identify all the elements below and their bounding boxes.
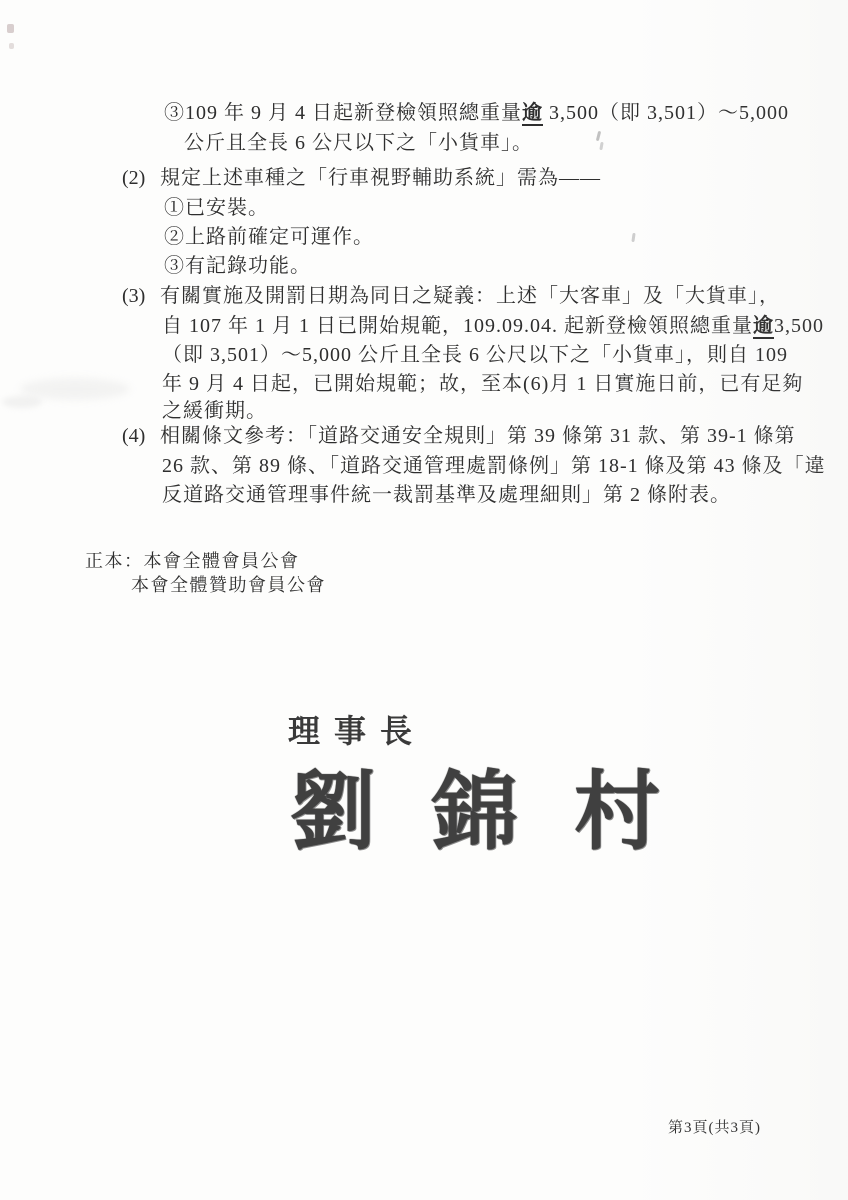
distribution-label: 正本： [85, 551, 144, 571]
distribution-recipient-1: 本會全體會員公會 [144, 551, 300, 571]
scan-speck [596, 131, 601, 141]
clause-2-subitem-3: ③有記錄功能。 [164, 254, 311, 278]
scan-speck [9, 43, 14, 49]
clause-4-line2: 26 款、第 89 條、「道路交通管理處罰條例」第 18-1 條及第 43 條及… [162, 454, 826, 478]
scan-speck [599, 142, 603, 150]
clause-2-label: (2) [122, 166, 160, 190]
scan-speck [7, 24, 14, 33]
scan-smudge [20, 378, 130, 400]
clause-3-line2-suffix: 3,500 [774, 315, 824, 337]
clause-3-line4: 年 9 月 4 日起，已開始規範；故，至本(6)月 1 日實施日前，已有足夠 [162, 372, 803, 396]
clause-4-row: (4)相關條文參考：「道路交通安全規則」第 39 條第 31 款、第 39-1 … [122, 424, 796, 448]
clause-3-row: (3)有關實施及開罰日期為同日之疑義：上述「大客車」及「大貨車」， [122, 284, 780, 308]
scanned-document-page: ③109 年 9 月 4 日起新登檢領照總重量逾 3,500（即 3,501）～… [0, 0, 848, 1200]
signature-name-stamp: 劉錦村 [290, 742, 716, 866]
scan-speck [631, 233, 635, 242]
clause-3-line5: 之緩衝期。 [162, 399, 267, 423]
clause-3-line2: 自 107 年 1 月 1 日已開始規範，109.09.04. 起新登檢領照總重… [162, 314, 824, 338]
clause-iii-line1-emphasis: 逾 [522, 102, 543, 126]
clause-2-row: (2)規定上述車種之「行車視野輔助系統」需為—— [122, 166, 601, 190]
clause-4-line1: 相關條文參考：「道路交通安全規則」第 39 條第 31 款、第 39-1 條第 [160, 425, 796, 447]
clause-iii-line1: ③109 年 9 月 4 日起新登檢領照總重量逾 3,500（即 3,501）～… [164, 101, 789, 125]
clause-3-line2-emphasis: 逾 [753, 315, 774, 339]
page-number: 第3頁(共3頁) [668, 1116, 761, 1137]
clause-3-line1: 有關實施及開罰日期為同日之疑義：上述「大客車」及「大貨車」， [160, 285, 780, 307]
clause-4-line3: 反道路交通管理事件統一裁罰基準及處理細則」第 2 條附表。 [162, 483, 731, 507]
clause-iii-line1-prefix: ③109 年 9 月 4 日起新登檢領照總重量 [164, 102, 522, 124]
clause-4-label: (4) [122, 424, 160, 448]
clause-3-label: (3) [122, 284, 160, 308]
clause-iii-line2: 公斤且全長 6 公尺以下之「小貨車」。 [184, 131, 533, 155]
clause-2-subitem-1: ①已安裝。 [164, 196, 269, 220]
distribution-recipient-2: 本會全體贊助會員公會 [131, 573, 326, 597]
scan-smudge [2, 396, 42, 408]
clause-2-text: 規定上述車種之「行車視野輔助系統」需為—— [160, 167, 601, 189]
clause-3-line2-prefix: 自 107 年 1 月 1 日已開始規範，109.09.04. 起新登檢領照總重… [162, 315, 753, 337]
clause-2-subitem-2: ②上路前確定可運作。 [164, 225, 374, 249]
distribution-row: 正本：本會全體會員公會 [85, 549, 300, 573]
clause-3-line3: （即 3,501）～5,000 公斤且全長 6 公尺以下之「小貨車」，則自 10… [162, 343, 788, 367]
clause-iii-line1-suffix: 3,500（即 3,501）～5,000 [543, 102, 789, 124]
